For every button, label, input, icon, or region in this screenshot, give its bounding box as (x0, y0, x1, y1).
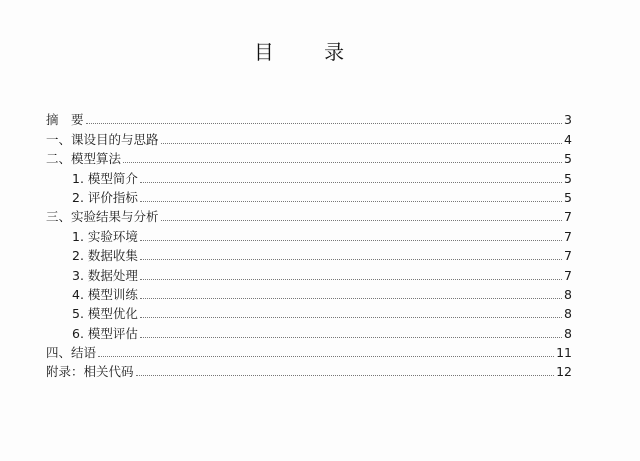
dot-leader (140, 201, 562, 202)
toc-entry-label: 四、结语 (46, 346, 96, 360)
toc-entry-page: 7 (564, 269, 572, 283)
toc-entry-metrics[interactable]: 2. 评价指标 5 (46, 186, 572, 205)
toc-entry-label: 附录：相关代码 (46, 365, 134, 379)
dot-leader (140, 298, 562, 299)
toc-entry-label: 5. 模型优化 (46, 307, 138, 321)
dot-leader (140, 337, 562, 338)
toc-entry-results[interactable]: 三、实验结果与分析 7 (46, 205, 572, 224)
toc-entry-appendix[interactable]: 附录：相关代码 12 (46, 360, 572, 379)
toc-entry-environment[interactable]: 1. 实验环境 7 (46, 224, 572, 243)
toc-entry-data-collection[interactable]: 2. 数据收集 7 (46, 244, 572, 263)
dot-leader (136, 375, 555, 376)
toc-entry-page: 7 (564, 249, 572, 263)
toc-entry-page: 8 (564, 288, 572, 302)
toc-entry-page: 7 (564, 230, 572, 244)
toc-entry-page: 5 (564, 172, 572, 186)
toc-entry-page: 3 (564, 113, 572, 127)
toc-entry-page: 5 (564, 191, 572, 205)
toc-entry-label: 3. 数据处理 (46, 269, 138, 283)
toc-entry-page: 12 (556, 365, 572, 379)
toc-entry-abstract[interactable]: 摘 要 3 (46, 108, 572, 127)
toc-entry-label: 6. 模型评估 (46, 327, 138, 341)
toc-entry-label: 4. 模型训练 (46, 288, 138, 302)
dot-leader (140, 240, 562, 241)
toc-entry-label: 1. 实验环境 (46, 230, 138, 244)
toc-entry-label: 1. 模型简介 (46, 172, 138, 186)
toc-entry-page: 11 (556, 346, 572, 360)
toc-entry-page: 4 (564, 133, 572, 147)
dot-leader (86, 123, 562, 124)
toc-entry-label: 三、实验结果与分析 (46, 210, 159, 224)
dot-leader (140, 182, 562, 183)
dot-leader (98, 356, 554, 357)
page-title: 目 录 (0, 36, 620, 65)
toc-entry-algorithm[interactable]: 二、模型算法 5 (46, 147, 572, 166)
table-of-contents: 摘 要 3 一、课设目的与思路 4 二、模型算法 5 1. 模型简介 5 2. … (46, 108, 572, 379)
toc-entry-label: 摘 要 (46, 113, 84, 127)
toc-entry-label: 2. 评价指标 (46, 191, 138, 205)
toc-entry-purpose[interactable]: 一、课设目的与思路 4 (46, 127, 572, 146)
toc-entry-evaluation[interactable]: 6. 模型评估 8 (46, 321, 572, 340)
toc-entry-training[interactable]: 4. 模型训练 8 (46, 283, 572, 302)
toc-entry-page: 8 (564, 327, 572, 341)
toc-entry-page: 8 (564, 307, 572, 321)
toc-entry-page: 5 (564, 152, 572, 166)
toc-entry-label: 一、课设目的与思路 (46, 133, 159, 147)
toc-entry-data-processing[interactable]: 3. 数据处理 7 (46, 263, 572, 282)
toc-entry-page: 7 (564, 210, 572, 224)
dot-leader (161, 143, 562, 144)
dot-leader (123, 162, 562, 163)
toc-entry-label: 二、模型算法 (46, 152, 121, 166)
dot-leader (161, 220, 562, 221)
dot-leader (140, 279, 562, 280)
dot-leader (140, 259, 562, 260)
toc-entry-conclusion[interactable]: 四、结语 11 (46, 341, 572, 360)
toc-entry-label: 2. 数据收集 (46, 249, 138, 263)
toc-entry-optimization[interactable]: 5. 模型优化 8 (46, 302, 572, 321)
dot-leader (140, 317, 562, 318)
toc-entry-model-intro[interactable]: 1. 模型简介 5 (46, 166, 572, 185)
document-page: 目 录 摘 要 3 一、课设目的与思路 4 二、模型算法 5 1. 模型简介 5… (0, 0, 640, 461)
